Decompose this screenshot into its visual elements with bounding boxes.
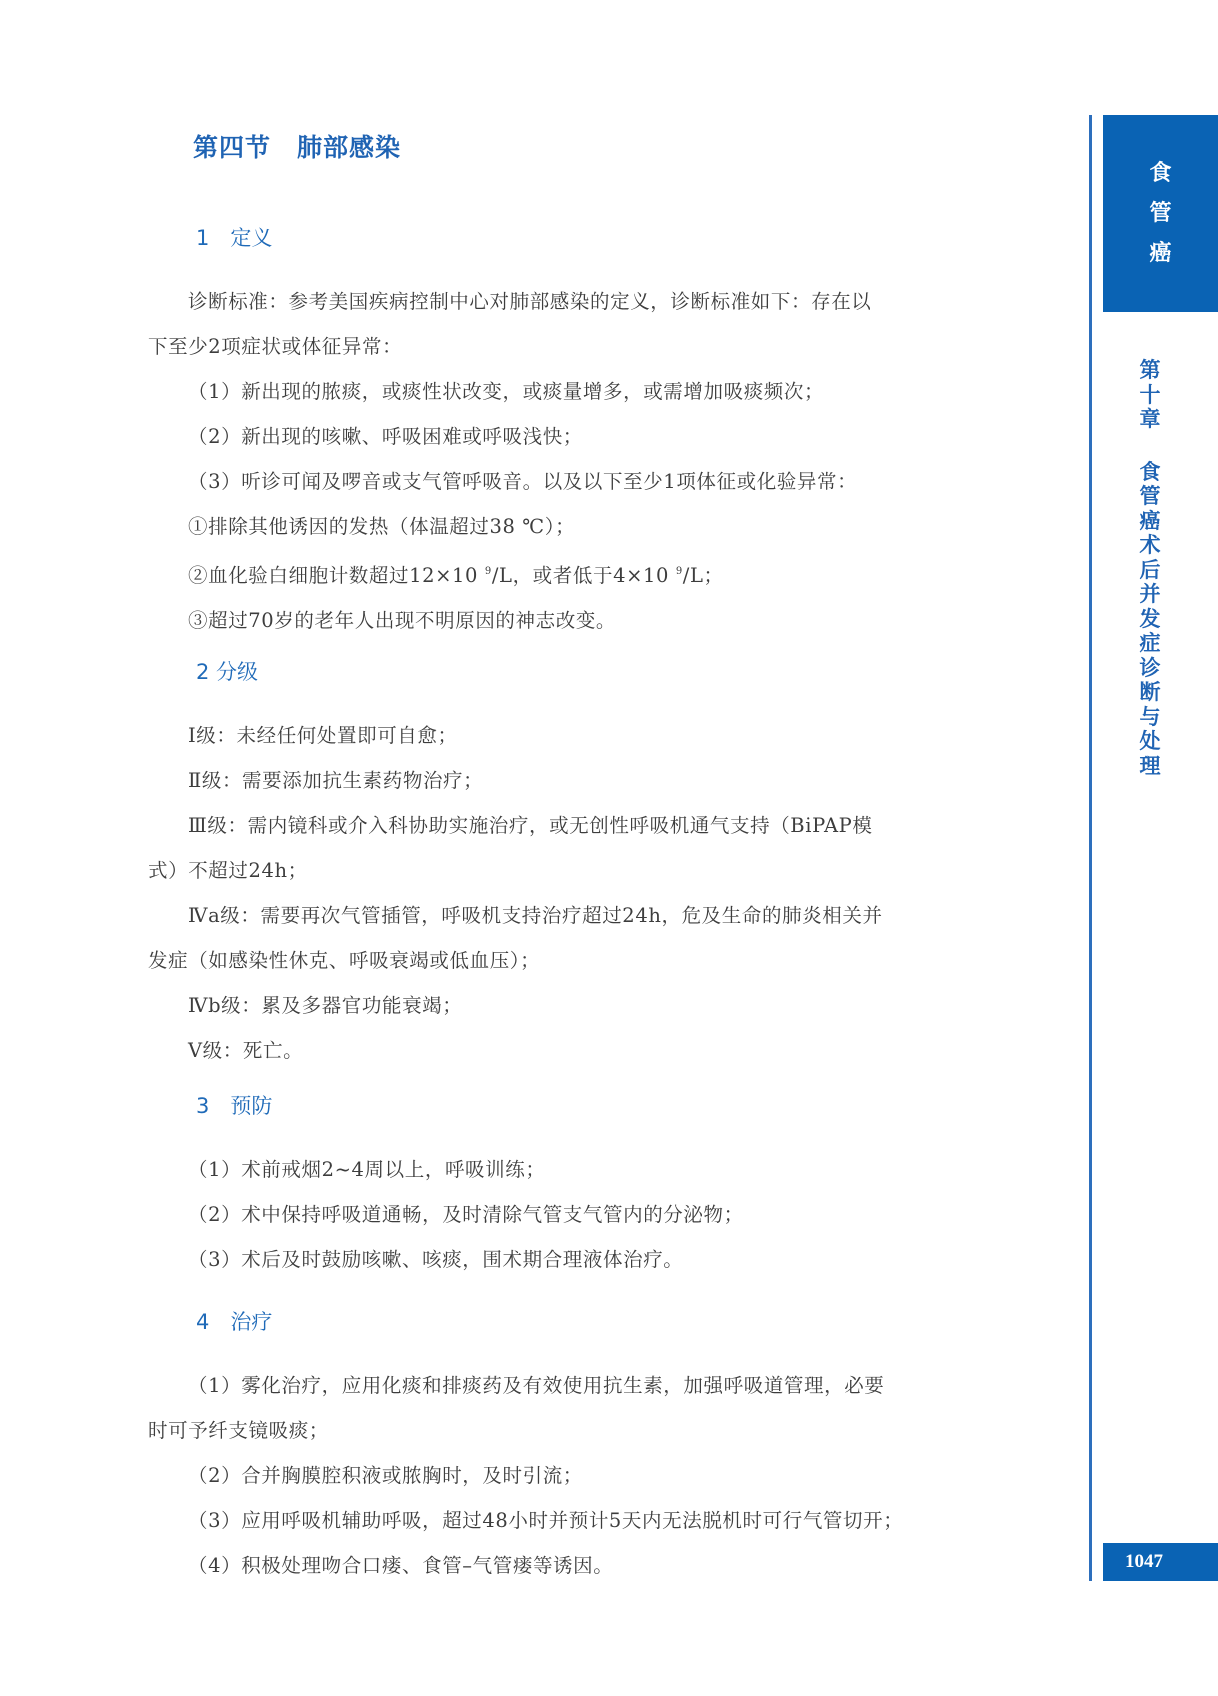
- definition-body: 诊断标准：参考美国疾病控制中心对肺部感染的定义，诊断标准如下：存在以 下至少2项…: [148, 279, 1018, 643]
- book-title-char: 管: [1149, 194, 1171, 234]
- chapter-title-char: 症: [1140, 631, 1161, 656]
- definition-intro-line-1: 诊断标准：参考美国疾病控制中心对肺部感染的定义，诊断标准如下：存在以: [148, 279, 1018, 324]
- book-title-char: 癌: [1149, 234, 1171, 274]
- book-title-tab: 食 管 癌: [1103, 115, 1218, 312]
- definition-sign-3: ③超过70岁的老年人出现不明原因的神志改变。: [148, 598, 1018, 643]
- margin-rule: [1089, 115, 1092, 1581]
- grade-5: Ⅴ级：死亡。: [148, 1028, 1018, 1073]
- chapter-title-char: 术: [1140, 533, 1161, 558]
- definition-intro-line-2: 下至少2项症状或体征异常：: [148, 324, 1018, 369]
- prevention-item-1: （1）术前戒烟2~4周以上，呼吸训练；: [148, 1147, 1018, 1192]
- treatment-item-1-line-2: 时可予纤支镜吸痰；: [148, 1408, 1018, 1453]
- grade-1: Ⅰ级：未经任何处置即可自愈；: [148, 713, 1018, 758]
- prevention-item-2: （2）术中保持呼吸道通畅，及时清除气管支气管内的分泌物；: [148, 1192, 1018, 1237]
- definition-sign-2: ②血化验白细胞计数超过12×10 9/L，或者低于4×10 9/L；: [148, 549, 1018, 598]
- chapter-running-head: 第 十 章 食 管 癌 术 后 并 发 症 诊 断 与 处 理: [1130, 358, 1170, 778]
- definition-item-2: （2）新出现的咳嗽、呼吸困难或呼吸浅快；: [148, 414, 1018, 459]
- grade-4b: Ⅳb级：累及多器官功能衰竭；: [148, 983, 1018, 1028]
- grading-body: Ⅰ级：未经任何处置即可自愈； Ⅱ级：需要添加抗生素药物治疗； Ⅲ级：需内镜科或介…: [148, 713, 1018, 1073]
- chapter-title-char: 理: [1140, 754, 1161, 779]
- chapter-char: 十: [1140, 383, 1161, 408]
- chapter-title-char: 与: [1140, 705, 1161, 730]
- definition-item-1: （1）新出现的脓痰，或痰性状改变，或痰量增多，或需增加吸痰频次；: [148, 369, 1018, 414]
- treatment-body: （1）雾化治疗，应用化痰和排痰药及有效使用抗生素，加强呼吸道管理，必要 时可予纤…: [148, 1363, 1018, 1588]
- heading-definition: 1 定义: [196, 222, 272, 252]
- definition-sign-1: ①排除其他诱因的发热（体温超过38 ℃）；: [148, 504, 1018, 549]
- sign-2-text-b: /L，或者低于4×10: [492, 564, 676, 587]
- prevention-item-3: （3）术后及时鼓励咳嗽、咳痰，围术期合理液体治疗。: [148, 1237, 1018, 1282]
- heading-prevention: 3 预防: [196, 1090, 272, 1120]
- heading-grading: 2 分级: [196, 656, 258, 686]
- chapter-title-char: 食: [1140, 460, 1161, 485]
- book-title-char: 食: [1149, 154, 1171, 194]
- page-number: 1047: [1103, 1543, 1218, 1581]
- chapter-title-char: 处: [1140, 729, 1161, 754]
- chapter-title-char: 后: [1140, 558, 1161, 583]
- exponent-2: 9: [676, 566, 683, 577]
- treatment-item-3: （3）应用呼吸机辅助呼吸，超过48小时并预计5天内无法脱机时可行气管切开；: [148, 1498, 1018, 1543]
- chapter-title-char: 发: [1140, 607, 1161, 632]
- prevention-body: （1）术前戒烟2~4周以上，呼吸训练； （2）术中保持呼吸道通畅，及时清除气管支…: [148, 1147, 1018, 1282]
- definition-item-3: （3）听诊可闻及啰音或支气管呼吸音。以及以下至少1项体征或化验异常：: [148, 459, 1018, 504]
- treatment-item-1-line-1: （1）雾化治疗，应用化痰和排痰药及有效使用抗生素，加强呼吸道管理，必要: [148, 1363, 1018, 1408]
- exponent-1: 9: [485, 566, 492, 577]
- chapter-title-char: 断: [1140, 680, 1161, 705]
- chapter-char: 章: [1140, 407, 1161, 432]
- grade-3-line-1: Ⅲ级：需内镜科或介入科协助实施治疗，或无创性呼吸机通气支持（BiPAP模: [148, 803, 1018, 848]
- grade-4a-line-2: 发症（如感染性休克、呼吸衰竭或低血压）；: [148, 938, 1018, 983]
- grade-2: Ⅱ级：需要添加抗生素药物治疗；: [148, 758, 1018, 803]
- section-title: 第四节 肺部感染: [193, 128, 401, 164]
- chapter-title-char: 诊: [1140, 656, 1161, 681]
- chapter-char: 第: [1140, 358, 1161, 383]
- chapter-title-char: 管: [1140, 484, 1161, 509]
- chapter-title-char: 癌: [1140, 509, 1161, 534]
- grade-3-line-2: 式）不超过24h；: [148, 848, 1018, 893]
- sign-2-text-a: ②血化验白细胞计数超过12×10: [188, 564, 485, 587]
- heading-treatment: 4 治疗: [196, 1306, 272, 1336]
- grade-4a-line-1: Ⅳa级：需要再次气管插管，呼吸机支持治疗超过24h，危及生命的肺炎相关并: [148, 893, 1018, 938]
- treatment-item-4: （4）积极处理吻合口瘘、食管–气管瘘等诱因。: [148, 1543, 1018, 1588]
- chapter-title-char: 并: [1140, 582, 1161, 607]
- treatment-item-2: （2）合并胸膜腔积液或脓胸时，及时引流；: [148, 1453, 1018, 1498]
- sign-2-text-c: /L；: [683, 564, 724, 587]
